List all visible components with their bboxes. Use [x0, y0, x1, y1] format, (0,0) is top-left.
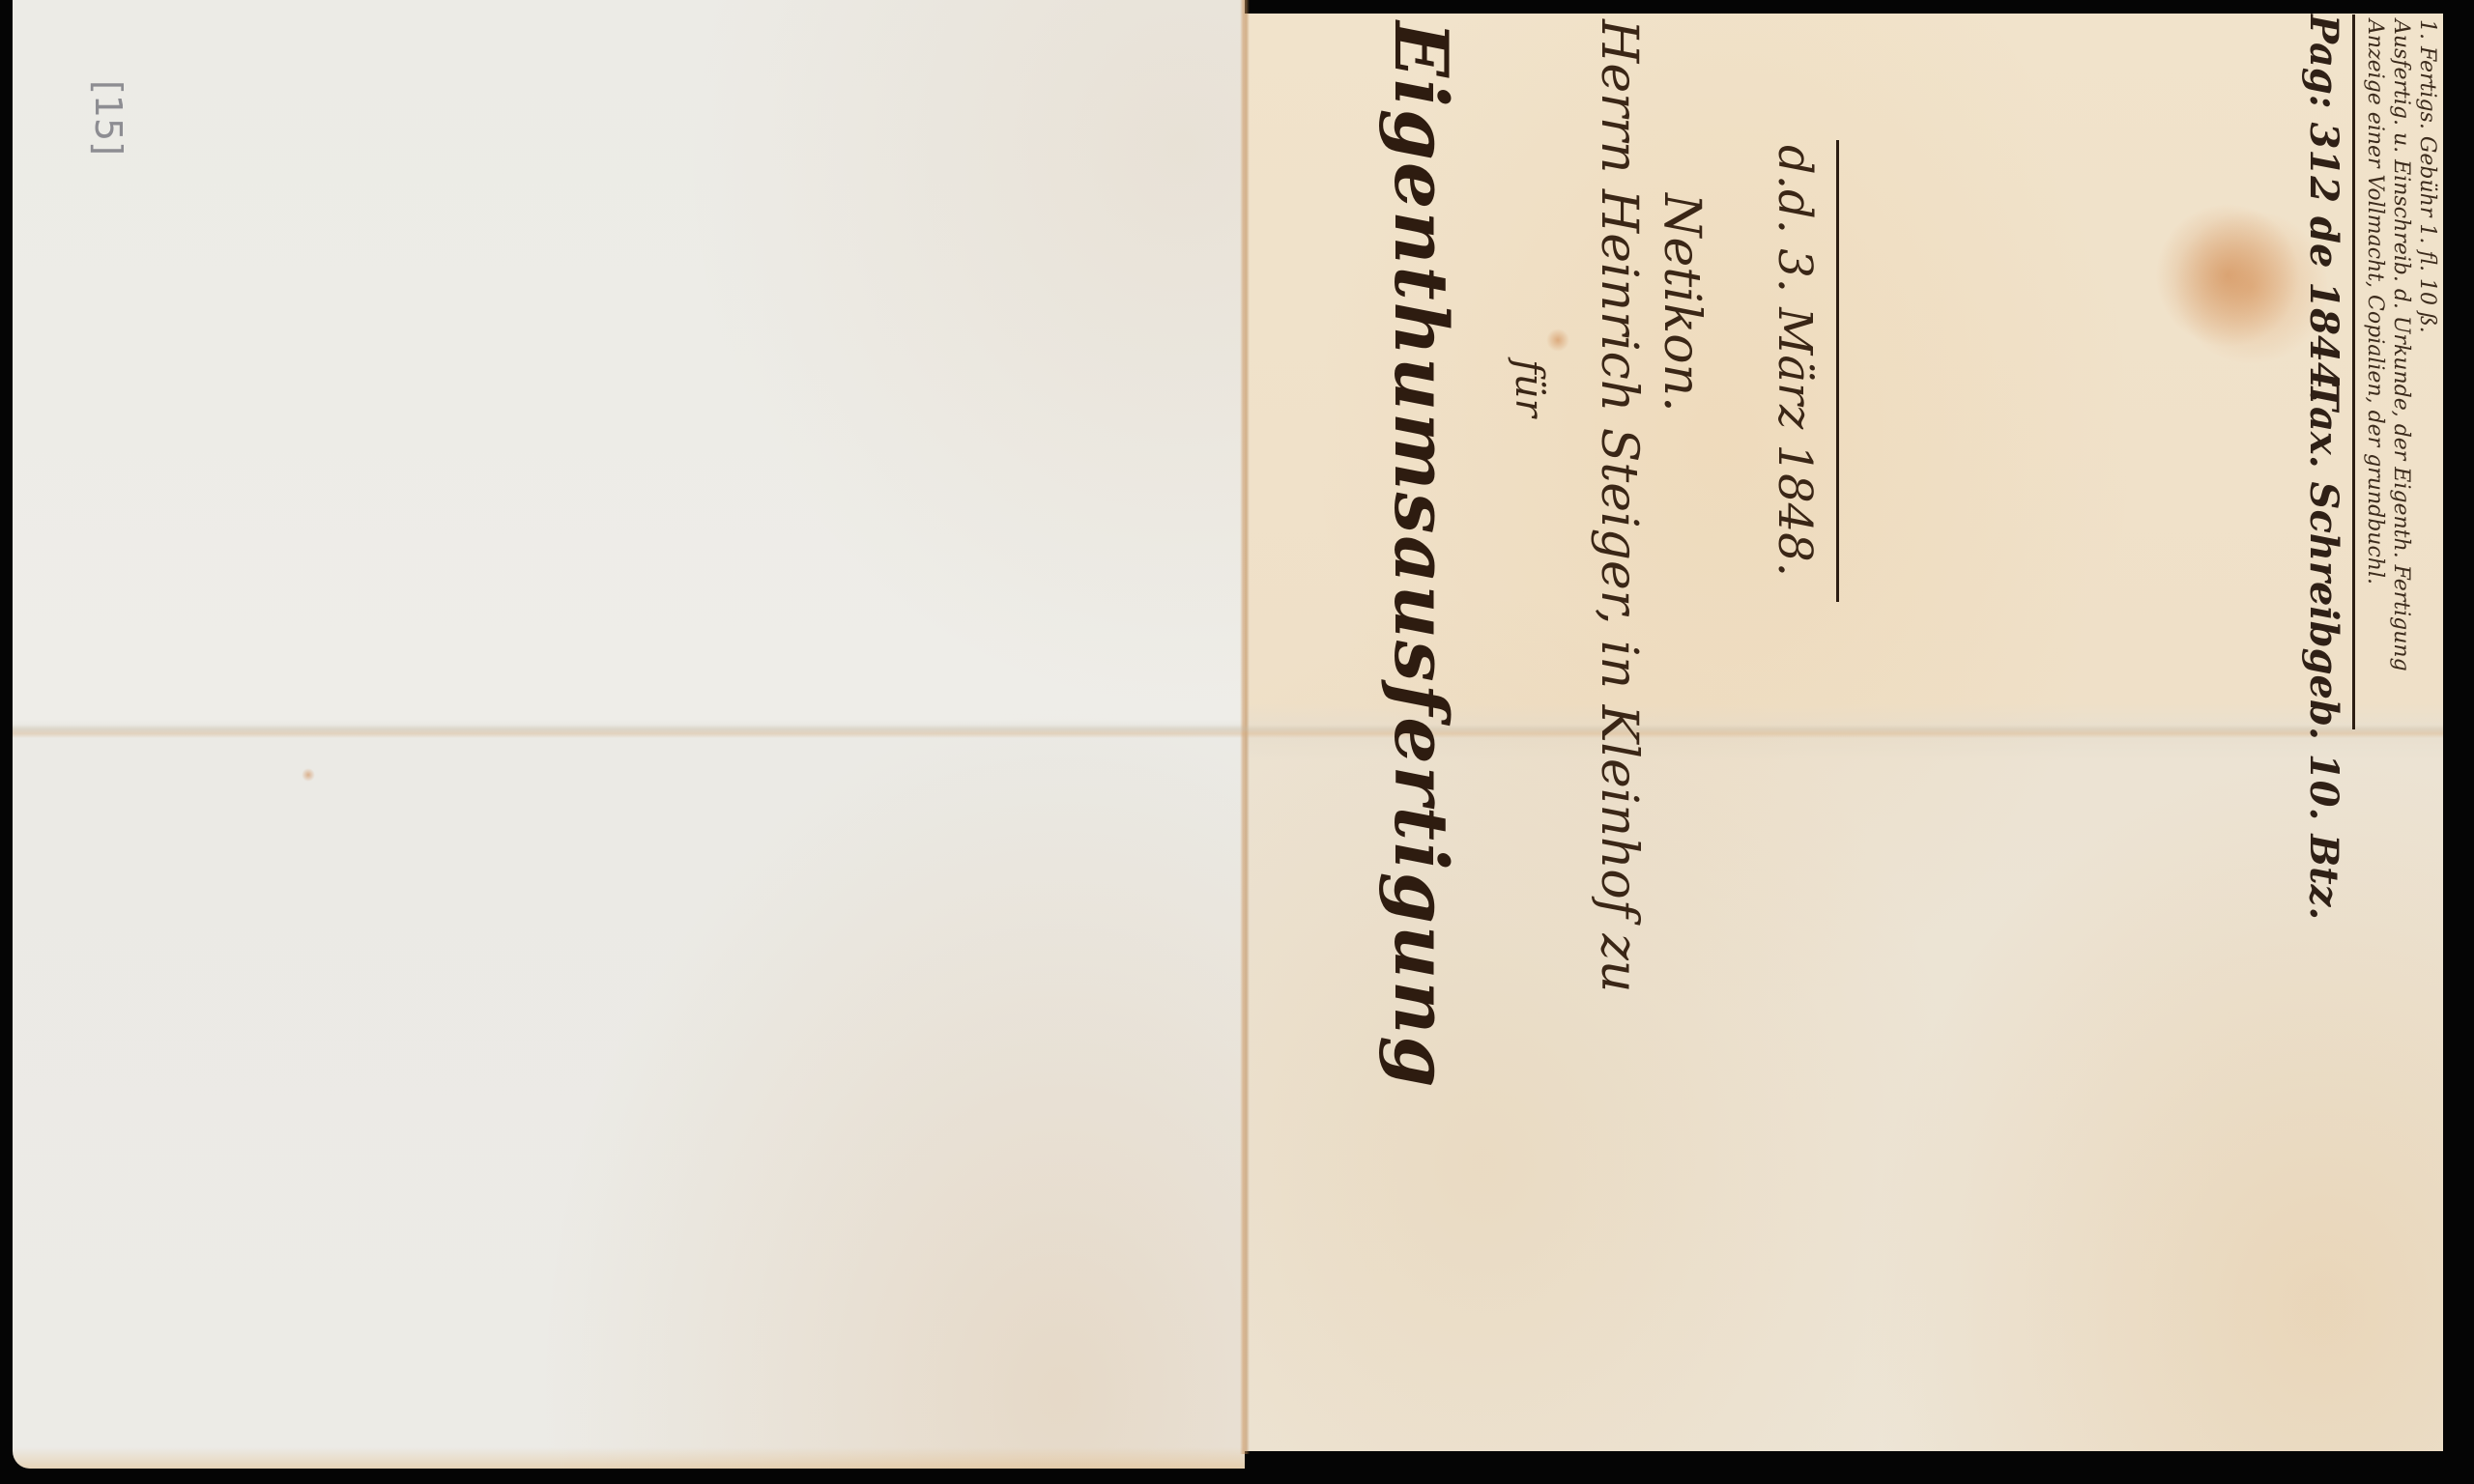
recipient-line: Herrn Heinrich Steiger, in Kleinhof zu: [1590, 19, 1648, 992]
margin-note-line-2: Ausfertig. u. Einschreib. d. Urkunde, de…: [2389, 19, 2413, 671]
margin-note-line-1: Anzeige einer Vollmacht, Copialien, der …: [2363, 19, 2387, 585]
foxing-stain: [2155, 203, 2300, 348]
page-reference: Pag: 312 de 1844.: [2301, 14, 2346, 403]
place-line: Netikon.: [1653, 193, 1711, 413]
preposition-fuer: für: [1507, 359, 1551, 417]
horizontal-fold: [13, 725, 2443, 738]
fee-note: Tax. Schreibgeb. 10. Btz.: [2301, 382, 2346, 920]
foxing-spot: [302, 768, 315, 782]
margin-rule: [2352, 14, 2355, 729]
date-underline: [1836, 140, 1839, 602]
archive-number-mark: [15]: [87, 80, 129, 156]
margin-note-line-3: 1. Fertigs. Gebühr 1. fl. 10 ß.: [2415, 19, 2439, 333]
document-title: Eigenthumsausfertigung: [1378, 21, 1464, 1090]
foxing-spot: [1546, 328, 1569, 352]
date-line: d.d. 3. März 1848.: [1768, 145, 1822, 577]
